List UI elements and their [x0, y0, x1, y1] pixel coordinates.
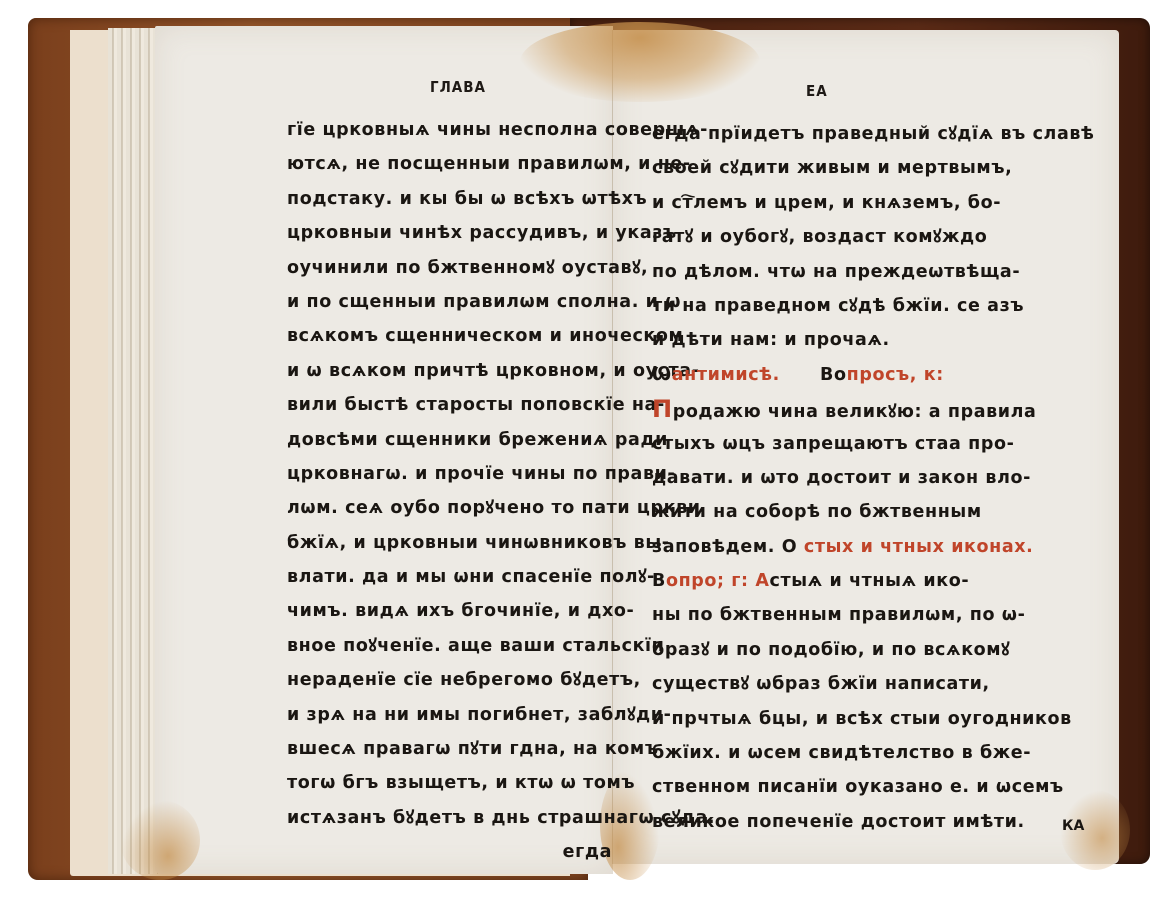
- text-segment: бжїих. и ѡсем свидѣтелство в бже-: [652, 743, 1031, 763]
- text-line: црковнагѡ. и прочїе чины по прави-: [287, 457, 612, 491]
- text-line: нераденїе сїе небрегомо бꙋдетъ,: [287, 663, 612, 697]
- text-line: истѧзанъ бꙋдетъ в днь страшнагѡ сꙋда.: [287, 801, 612, 835]
- text-segment: ти на праведном сꙋдѣ бжїи. се азъ: [652, 296, 1024, 316]
- text-segment: и ст҇лемъ и црем, и кнѧземъ, бо-: [652, 193, 1001, 213]
- rubric-text: опро; г:: [666, 571, 749, 591]
- text-segment: бразꙋ и по подобїю, и по всѧкомꙋ: [652, 640, 1010, 660]
- right-running-head: ЕА: [806, 82, 828, 100]
- text-segment: стыхъ ѡцъ запрещаютъ стаа про-: [652, 434, 1014, 454]
- text-line: чимъ. видѧ ихъ бгочинїе, и дхо-: [287, 594, 612, 628]
- text-segment: родажю чина великꙋю: а правила: [673, 402, 1037, 422]
- folio-number: КА: [1062, 818, 1084, 834]
- text-line: вное поꙋченїе. аще ваши стальскїи: [287, 629, 612, 663]
- text-line: оучинили по бжтвенномꙋ оуставꙋ,: [287, 251, 612, 285]
- text-line: жити на соборѣ по бжтвенным: [652, 495, 1022, 529]
- text-line: гатꙋ и оубогꙋ, воздаст комꙋждо: [652, 220, 1022, 254]
- text-line: и ѡ всѧком причтѣ црковном, и оуста-: [287, 354, 612, 388]
- text-line: бжїѧ, и црковныи чинѡвниковъ вы-: [287, 526, 612, 560]
- text-line: по дѣлом. чтѡ на преждеѡтвѣща-: [652, 255, 1022, 289]
- text-line: всѧкомъ сщенническом и иноческом: [287, 319, 612, 353]
- text-line: Вопро; г: Астыѧ и чтныѧ ико-: [652, 564, 1022, 598]
- page-edges-stack: [108, 28, 158, 874]
- text-segment: гатꙋ и оубогꙋ, воздаст комꙋждо: [652, 227, 987, 247]
- text-line: ютсѧ, не посщенныи правилѡм, и не-: [287, 147, 612, 181]
- text-segment: жити на соборѣ по бжтвенным: [652, 502, 982, 522]
- text-segment: В: [652, 571, 666, 591]
- red-initial: П: [652, 395, 673, 423]
- text-line: Ѡантимисѣ. Вопросъ, к:: [652, 358, 1022, 392]
- text-line: тогѡ бгъ взыщетъ, и ктѡ ѡ томъ: [287, 766, 612, 800]
- text-segment: и прчтыѧ бцы, и всѣх стыи оугодников: [652, 709, 1072, 729]
- text-segment: своей сꙋдити живым и мертвымъ,: [652, 158, 1012, 178]
- text-line: ственном писанїи оуказано е. и ѡсемъ: [652, 770, 1022, 804]
- text-line: и прчтыѧ бцы, и всѣх стыи оугодников: [652, 702, 1022, 736]
- text-segment: существꙋ ѡбраз бжїи написати,: [652, 674, 990, 694]
- catchword: егда: [287, 835, 612, 869]
- text-line: заповѣдем. О стых и чтных иконах.: [652, 530, 1022, 564]
- text-line: и дѣти нам: и прочаѧ.: [652, 323, 1022, 357]
- right-page-text: егда прїидетъ праведный сꙋдїѧ въ славѣсв…: [652, 117, 1022, 839]
- text-line: довсѣми сщенники брежениѧ ради: [287, 423, 612, 457]
- text-line: подстаку. и кы бы ѡ всѣхъ ѡтѣхъ: [287, 182, 612, 216]
- text-line: великое попеченїе достоит имѣти.: [652, 805, 1022, 839]
- text-line: Продажю чина великꙋю: а правила: [652, 392, 1022, 426]
- text-segment: ственном писанїи оуказано е. и ѡсемъ: [652, 777, 1064, 797]
- rubric-text: просъ, к:: [847, 365, 944, 385]
- text-line: ны по бжтвенным правилѡм, по ѡ-: [652, 598, 1022, 632]
- text-line: ти на праведном сꙋдѣ бжїи. се азъ: [652, 289, 1022, 323]
- text-segment: и дѣти нам: и прочаѧ.: [652, 330, 890, 350]
- text-line: лѡм. сеѧ оубо порꙋчено то пати цркви: [287, 491, 612, 525]
- text-line: бразꙋ и по подобїю, и по всѧкомꙋ: [652, 633, 1022, 667]
- text-segment: Во: [780, 365, 847, 385]
- text-segment: заповѣдем. О: [652, 537, 804, 557]
- text-line: вили быстѣ старосты поповскїе на-: [287, 388, 612, 422]
- text-line: егда прїидетъ праведный сꙋдїѧ въ славѣ: [652, 117, 1022, 151]
- left-running-head: ГЛАВА: [430, 78, 486, 96]
- text-line: гїе црковныѧ чины несполна совершѧ-: [287, 113, 612, 147]
- text-line: стыхъ ѡцъ запрещаютъ стаа про-: [652, 427, 1022, 461]
- text-line: вшесѧ правагѡ пꙋти гдна, на комъ: [287, 732, 612, 766]
- text-line: и по сщенныи правилѡм сполна. и ѡ: [287, 285, 612, 319]
- text-segment: ны по бжтвенным правилѡм, по ѡ-: [652, 605, 1025, 625]
- text-segment: по дѣлом. чтѡ на преждеѡтвѣща-: [652, 262, 1020, 282]
- text-line: существꙋ ѡбраз бжїи написати,: [652, 667, 1022, 701]
- rubric-text: А: [755, 571, 769, 591]
- text-segment: Ѡ: [652, 365, 672, 385]
- text-line: давати. и ѡто достоит и закон вло-: [652, 461, 1022, 495]
- text-line: црковныи чинѣх рассудивъ, и указъ: [287, 216, 612, 250]
- rubric-text: стых и чтных иконах.: [804, 537, 1034, 557]
- text-line: бжїих. и ѡсем свидѣтелство в бже-: [652, 736, 1022, 770]
- text-line: влати. да и мы ѡни спасенїе полꙋ-: [287, 560, 612, 594]
- left-page-text: гїе црковныѧ чины несполна совершѧ-ютсѧ,…: [287, 113, 612, 870]
- text-segment: великое попеченїе достоит имѣти.: [652, 812, 1025, 832]
- text-segment: стыѧ и чтныѧ ико-: [770, 571, 970, 591]
- text-segment: егда прїидетъ праведный сꙋдїѧ въ славѣ: [652, 124, 1095, 144]
- text-segment: давати. и ѡто достоит и закон вло-: [652, 468, 1031, 488]
- rubric-text: антимисѣ.: [672, 365, 780, 385]
- text-line: и ст҇лемъ и црем, и кнѧземъ, бо-: [652, 186, 1022, 220]
- open-manuscript-book: ГЛАВА ЕА гїе црковныѧ чины несполна сове…: [0, 0, 1164, 900]
- text-line: и зрѧ на ни имы погибнет, заблꙋди-: [287, 698, 612, 732]
- text-line: своей сꙋдити живым и мертвымъ,: [652, 151, 1022, 185]
